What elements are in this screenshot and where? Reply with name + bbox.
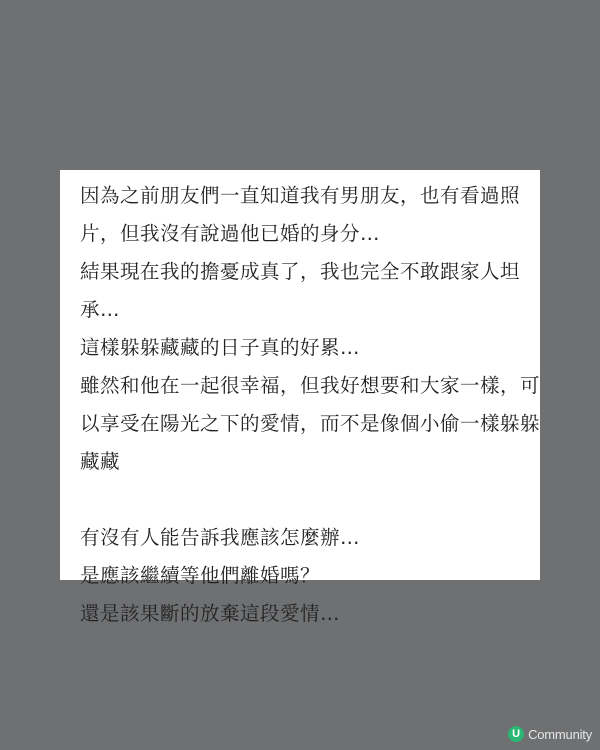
- post-line: 這樣躲躲藏藏的日子真的好累…: [80, 329, 540, 367]
- watermark-text: Community: [528, 727, 592, 742]
- post-text-card: 因為之前朋友們一直知道我有男朋友，也有看過照 片，但我沒有說過他已婚的身分… 結…: [60, 170, 540, 580]
- post-line: 片，但我沒有說過他已婚的身分…: [80, 215, 540, 253]
- u-logo-icon: U: [508, 726, 524, 742]
- post-line: 有沒有人能告訴我應該怎麼辦…: [80, 519, 540, 557]
- post-line: 藏藏: [80, 443, 540, 481]
- post-line: 是應該繼續等他們離婚嗎？: [80, 557, 540, 595]
- post-line: 雖然和他在一起很幸福，但我好想要和大家一樣，可: [80, 367, 540, 405]
- post-line: 因為之前朋友們一直知道我有男朋友，也有看過照: [80, 177, 540, 215]
- paragraph-spacer: [80, 481, 540, 519]
- post-line: 承…: [80, 291, 540, 329]
- post-line: 以享受在陽光之下的愛情，而不是像個小偷一樣躲躲: [80, 405, 540, 443]
- community-watermark: U Community: [508, 726, 592, 742]
- post-line: 還是該果斷的放棄這段愛情…: [80, 595, 540, 633]
- post-line: 結果現在我的擔憂成真了，我也完全不敢跟家人坦: [80, 253, 540, 291]
